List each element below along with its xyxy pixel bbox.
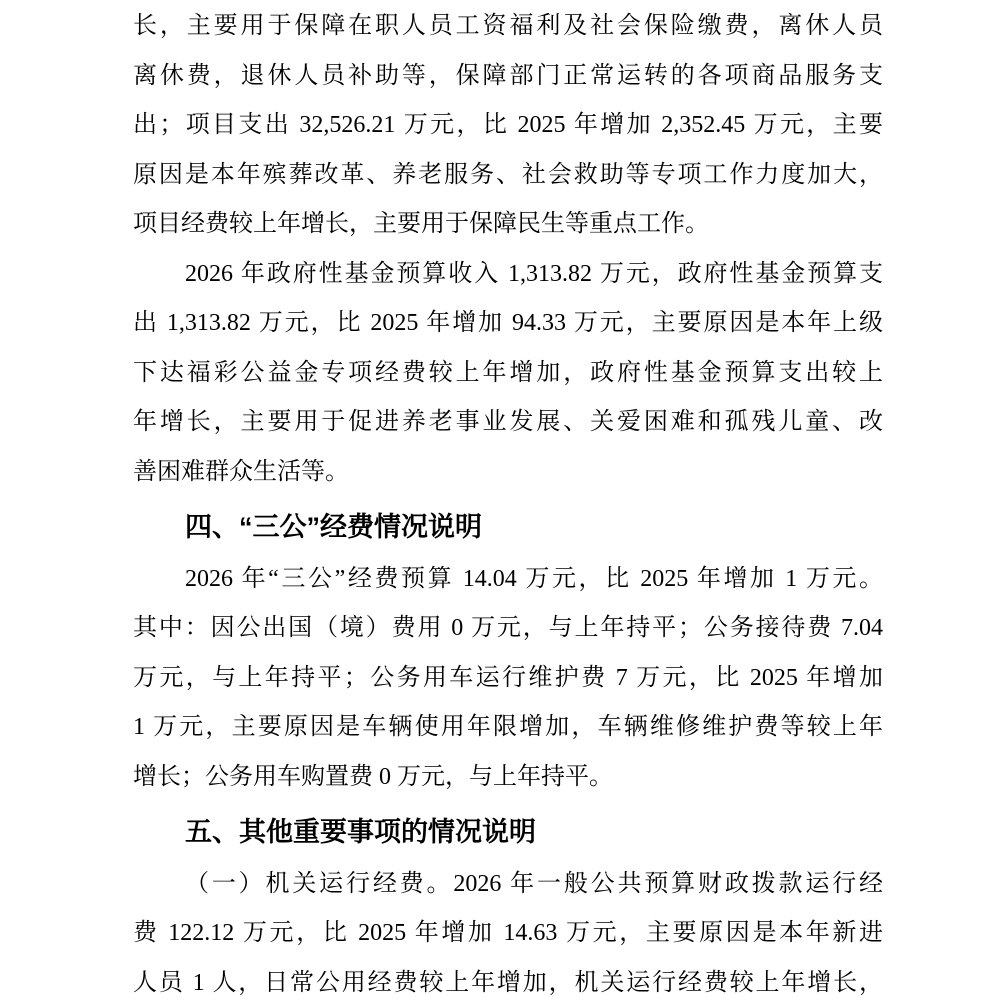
document-line: （一）机关运行经费。2026 年一般公共预算财政拨款运行经 (133, 860, 883, 910)
document-page: 长，主要用于保障在职人员工资福利及社会保险缴费，离休人员 离休费，退休人员补助等… (0, 0, 1000, 1003)
section-heading-three-public-funds: 四、“三公”经费情况说明 (133, 503, 883, 553)
document-line: 项目经费较上年增长，主要用于保障民生等重点工作。 (133, 200, 883, 250)
document-line: 原因是本年殡葬改革、养老服务、社会救助等专项工作力度加大， (133, 151, 883, 201)
document-line: 费 122.12 万元，比 2025 年增加 14.63 万元，主要原因是本年新… (133, 909, 883, 959)
document-line: 人员 1 人，日常公用经费较上年增加，机关运行经费较上年增长， (133, 959, 883, 1003)
document-line: 出 1,313.82 万元，比 2025 年增加 94.33 万元，主要原因是本… (133, 299, 883, 349)
document-line: 2026 年政府性基金预算收入 1,313.82 万元，政府性基金预算支 (133, 250, 883, 300)
document-line: 增长；公务用车购置费 0 万元，与上年持平。 (133, 753, 883, 803)
section-heading-other-important-matters: 五、其他重要事项的情况说明 (133, 808, 883, 858)
document-line: 离休费，退休人员补助等，保障部门正常运转的各项商品服务支 (133, 52, 883, 102)
paragraph-government-fund-budget: 2026 年政府性基金预算收入 1,313.82 万元，政府性基金预算支 出 1… (133, 250, 883, 498)
document-line: 年增长，主要用于促进养老事业发展、关爱困难和孤残儿童、改 (133, 398, 883, 448)
document-line: 善困难群众生活等。 (133, 448, 883, 498)
document-line: 其中：因公出国（境）费用 0 万元，与上年持平；公务接待费 7.04 (133, 604, 883, 654)
document-line: 出；项目支出 32,526.21 万元，比 2025 年增加 2,352.45 … (133, 101, 883, 151)
paragraph-agency-operating-cost: （一）机关运行经费。2026 年一般公共预算财政拨款运行经 费 122.12 万… (133, 860, 883, 1003)
document-line: 1 万元，主要原因是车辆使用年限增加，车辆维修维护费等较上年 (133, 703, 883, 753)
document-line: 长，主要用于保障在职人员工资福利及社会保险缴费，离休人员 (133, 2, 883, 52)
document-line: 下达福彩公益金专项经费较上年增加，政府性基金预算支出较上 (133, 349, 883, 399)
paragraph-three-public-funds: 2026 年“三公”经费预算 14.04 万元，比 2025 年增加 1 万元。… (133, 555, 883, 803)
paragraph-general-budget-expense: 长，主要用于保障在职人员工资福利及社会保险缴费，离休人员 离休费，退休人员补助等… (133, 2, 883, 250)
document-line: 万元，与上年持平；公务用车运行维护费 7 万元，比 2025 年增加 (133, 654, 883, 704)
document-line: 2026 年“三公”经费预算 14.04 万元，比 2025 年增加 1 万元。 (133, 555, 883, 605)
